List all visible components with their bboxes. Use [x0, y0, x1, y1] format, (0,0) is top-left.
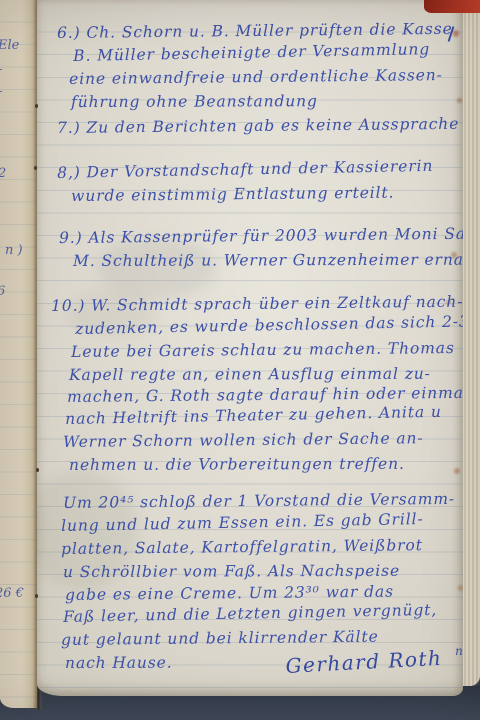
handwritten-line: 7.) Zu den Berichten gab es keine Ausspr…	[57, 113, 459, 139]
foxing-spot	[457, 98, 462, 103]
binding-speck	[35, 104, 38, 108]
page-stack-edge-right	[462, 2, 480, 686]
book-cover-corner	[424, 0, 480, 13]
handwritten-line: Werner Schorn wollen sich der Sache an-	[63, 427, 424, 453]
handwritten-line: führung ohne Beanstandung	[71, 90, 318, 113]
margin-fragment: Ele	[0, 38, 19, 53]
margin-fragment: 26 €	[0, 586, 24, 601]
foxing-spot	[453, 30, 459, 37]
handwritten-line: platten, Salate, Kartoffelgratin, Weißbr…	[61, 534, 423, 560]
foxing-spot	[454, 468, 460, 474]
foxing-spot	[458, 585, 463, 591]
binding-speck	[34, 166, 37, 170]
handwritten-line: wurde einstimmig Entlastung erteilt.	[71, 182, 395, 207]
margin-fragment: –	[0, 62, 3, 77]
page-stack-edge-left: Ele – – 2 n ) 6 26 €	[0, 0, 37, 708]
binding-speck	[36, 468, 39, 472]
notebook-page: 6.) Ch. Schorn u. B. Müller prüften die …	[37, 0, 463, 696]
handwritten-line: Leute bei Gareis schlau zu machen. Thoma…	[71, 337, 455, 363]
margin-fragment: 6	[0, 284, 5, 299]
margin-fragment: –	[0, 84, 3, 99]
handwritten-line: u Schröllbier vom Faß. Als Nachspeise	[63, 560, 400, 583]
margin-fragment: 2	[0, 166, 6, 181]
margin-fragment: n )	[5, 243, 23, 258]
binding-speck	[35, 594, 38, 598]
handwritten-line: 9.) Als Kassenprüfer für 2003 wurden Mon…	[59, 223, 463, 249]
ruled-lines-left	[0, 0, 37, 708]
handwritten-line: M. Schultheiß u. Werner Gunzenheimer ern…	[73, 249, 463, 272]
edge-fragment: n,	[455, 640, 463, 662]
handwritten-line: eine einwandfreie und ordentliche Kassen…	[69, 64, 443, 90]
handwritten-line: gut gelaunt und bei klirrender Kälte	[61, 626, 379, 651]
handwritten-line: nehmen u. die Vorbereitungen treffen.	[69, 453, 405, 476]
notebook-photo: Ele – – 2 n ) 6 26 € 6.) Ch. Schorn u. B…	[0, 0, 480, 720]
handwritten-line: nach Hause.	[65, 652, 173, 674]
